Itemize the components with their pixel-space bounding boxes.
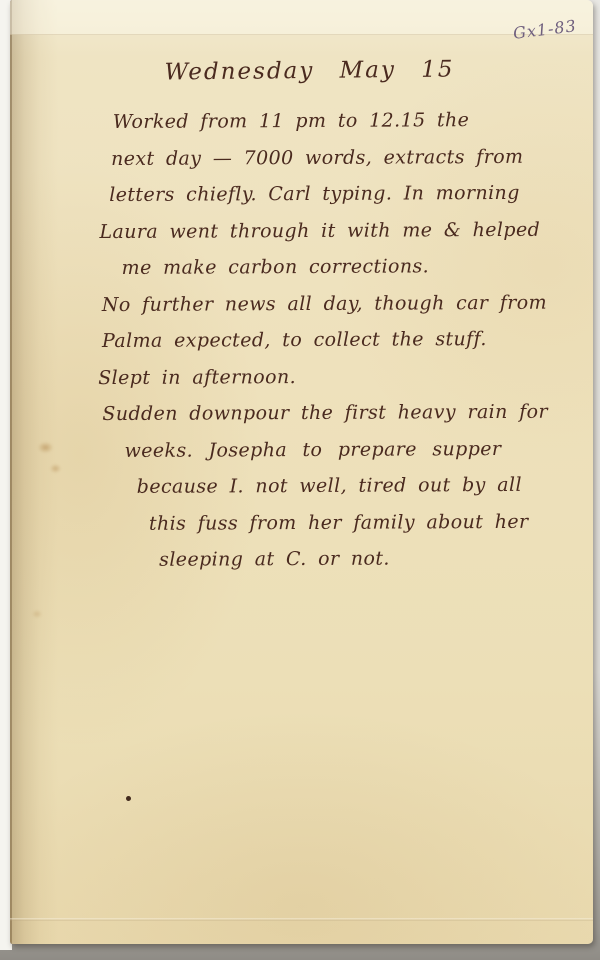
handwritten-line: Laura went through it with me & helped: [99, 211, 592, 250]
ink-dot: [126, 796, 131, 801]
handwritten-line: next day — 7000 words, extracts from: [111, 138, 592, 177]
handwritten-line: Slept in afternoon.: [98, 357, 593, 396]
handwritten-line: Palma expected, to collect the stuff.: [102, 320, 593, 359]
foxing-spot: [50, 464, 61, 473]
handwritten-line: because I. not well, tired out by all: [137, 466, 594, 505]
bottom-crease: [10, 918, 593, 921]
handwritten-line: me make carbon corrections.: [122, 247, 593, 286]
handwritten-line: sleeping at C. or not.: [159, 539, 594, 578]
foxing-spot: [38, 442, 53, 453]
diary-entry-text: Worked from 11 pm to 12.15 the next day …: [9, 101, 594, 579]
handwritten-line: this fuss from her family about her: [149, 503, 594, 542]
entry-date-heading: Wednesday May 15: [18, 55, 600, 87]
foxing-spot: [32, 610, 42, 618]
scanned-page-background: Gx1-83 Wednesday May 15 Worked from 11 p…: [0, 0, 600, 960]
manuscript-page: Gx1-83 Wednesday May 15 Worked from 11 p…: [10, 0, 593, 944]
handwritten-line: Sudden downpour the first heavy rain for: [102, 393, 593, 432]
handwritten-line: letters chiefly. Carl typing. In morning: [109, 174, 592, 213]
handwritten-line: No further news all day, though car from: [102, 284, 593, 323]
top-crease: [10, 0, 593, 35]
handwritten-line: Worked from 11 pm to 12.15 the: [113, 101, 592, 140]
handwritten-line: weeks. Josepha to prepare supper: [124, 430, 593, 469]
